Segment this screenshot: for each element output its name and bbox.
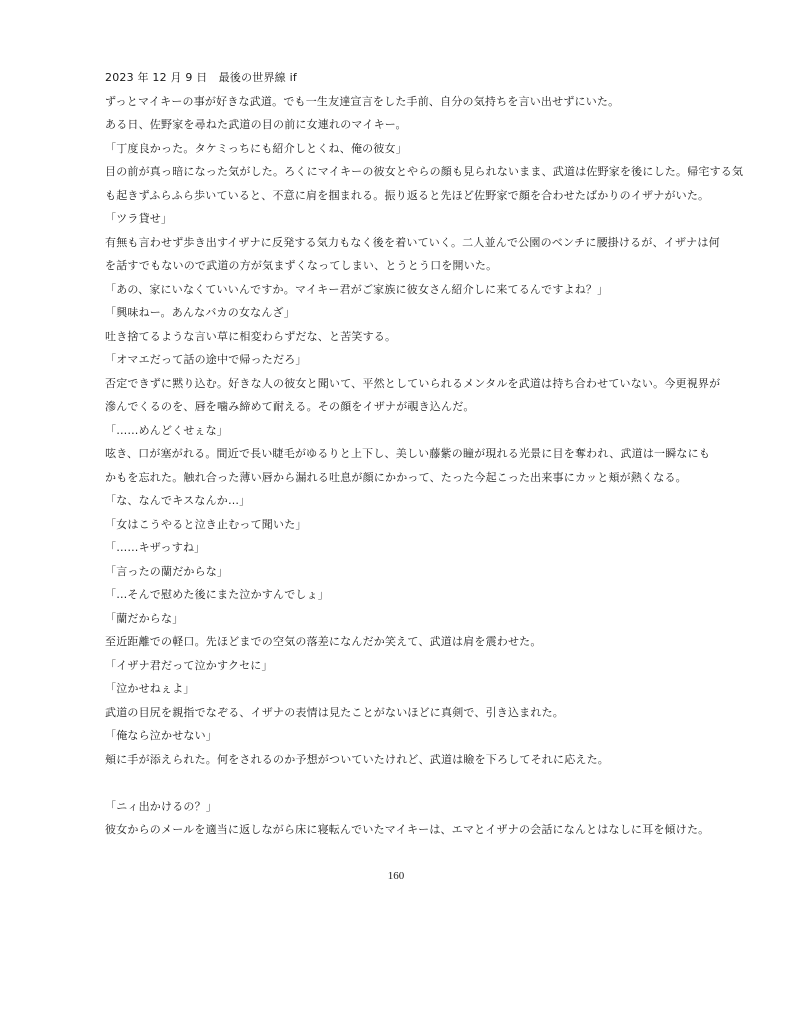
document-page: 2023 年 12 月 9 日 最後の世界線 if ずっとマイキーの事が好きな武… [105, 66, 705, 842]
dialogue-line: 「ツラ貸せ」 [105, 207, 705, 231]
text-line: ある日、佐野家を尋ねた武道の目の前に女連れのマイキー。 [105, 113, 705, 137]
dialogue-line: 「…そんで慰めた後にまた泣かすんでしょ」 [105, 583, 705, 607]
text-line: 滲んでくるのを、唇を噛み締めて耐える。その顔をイザナが覗き込んだ。 [105, 395, 705, 419]
text-line: も起きずふらふら歩いていると、不意に肩を掴まれる。振り返ると先ほど佐野家で顔を合… [105, 184, 705, 208]
dialogue-line: 「な、なんでキスなんか…」 [105, 489, 705, 513]
dialogue-line: 「泣かせねぇよ」 [105, 677, 705, 701]
dialogue-line: 「俺なら泣かせない」 [105, 724, 705, 748]
text-line: 吐き捨てるような言い草に相変わらずだな、と苦笑する。 [105, 325, 705, 349]
dialogue-line: 「女はこうやると泣き止むって聞いた」 [105, 513, 705, 537]
text-line: 否定できずに黙り込む。好きな人の彼女と聞いて、平然としていられるメンタルを武道は… [105, 372, 705, 396]
text-line: ずっとマイキーの事が好きな武道。でも一生友達宣言をした手前、自分の気持ちを言い出… [105, 90, 705, 114]
document-heading: 2023 年 12 月 9 日 最後の世界線 if [105, 66, 705, 90]
dialogue-line: 「イザナ君だって泣かすクセに」 [105, 654, 705, 678]
dialogue-line: 「興味ねー。あんなバカの女なんざ」 [105, 301, 705, 325]
dialogue-line: 「ニィ出かけるの？」 [105, 795, 705, 819]
text-line: 至近距離での軽口。先ほどまでの空気の落差になんだか笑えて、武道は肩を震わせた。 [105, 630, 705, 654]
text-line: かもを忘れた。触れ合った薄い唇から漏れる吐息が顔にかかって、たった今起こった出来… [105, 466, 705, 490]
dialogue-line: 「あの、家にいなくていいんですか。マイキー君がご家族に彼女さん紹介しに来てるんで… [105, 278, 705, 302]
text-line: を話すでもないので武道の方が気まずくなってしまい、とうとう口を開いた。 [105, 254, 705, 278]
dialogue-line: 「……めんどくせぇな」 [105, 419, 705, 443]
dialogue-line: 「オマエだって話の途中で帰っただろ」 [105, 348, 705, 372]
blank-line [105, 771, 705, 795]
text-line: 彼女からのメールを適当に返しながら床に寝転んでいたマイキーは、エマとイザナの会話… [105, 818, 705, 842]
dialogue-line: 「言ったの蘭だからな」 [105, 560, 705, 584]
dialogue-line: 「……キザっすね」 [105, 536, 705, 560]
text-line: 武道の目尻を親指でなぞる、イザナの表情は見たことがないほどに真剣で、引き込まれた… [105, 701, 705, 725]
dialogue-line: 「蘭だからな」 [105, 607, 705, 631]
text-line: 目の前が真っ暗になった気がした。ろくにマイキーの彼女とやらの顔も見られないまま、… [105, 160, 705, 184]
text-line: 頬に手が添えられた。何をされるのか予想がついていたけれど、武道は瞼を下ろしてそれ… [105, 748, 705, 772]
text-line: 呟き、口が塞がれる。間近で長い睫毛がゆるりと上下し、美しい藤紫の瞳が現れる光景に… [105, 442, 705, 466]
text-line: 有無も言わせず歩き出すイザナに反発する気力もなく後を着いていく。二人並んで公園の… [105, 231, 705, 255]
page-number: 160 [0, 870, 792, 882]
dialogue-line: 「丁度良かった。タケミっちにも紹介しとくね、俺の彼女」 [105, 137, 705, 161]
